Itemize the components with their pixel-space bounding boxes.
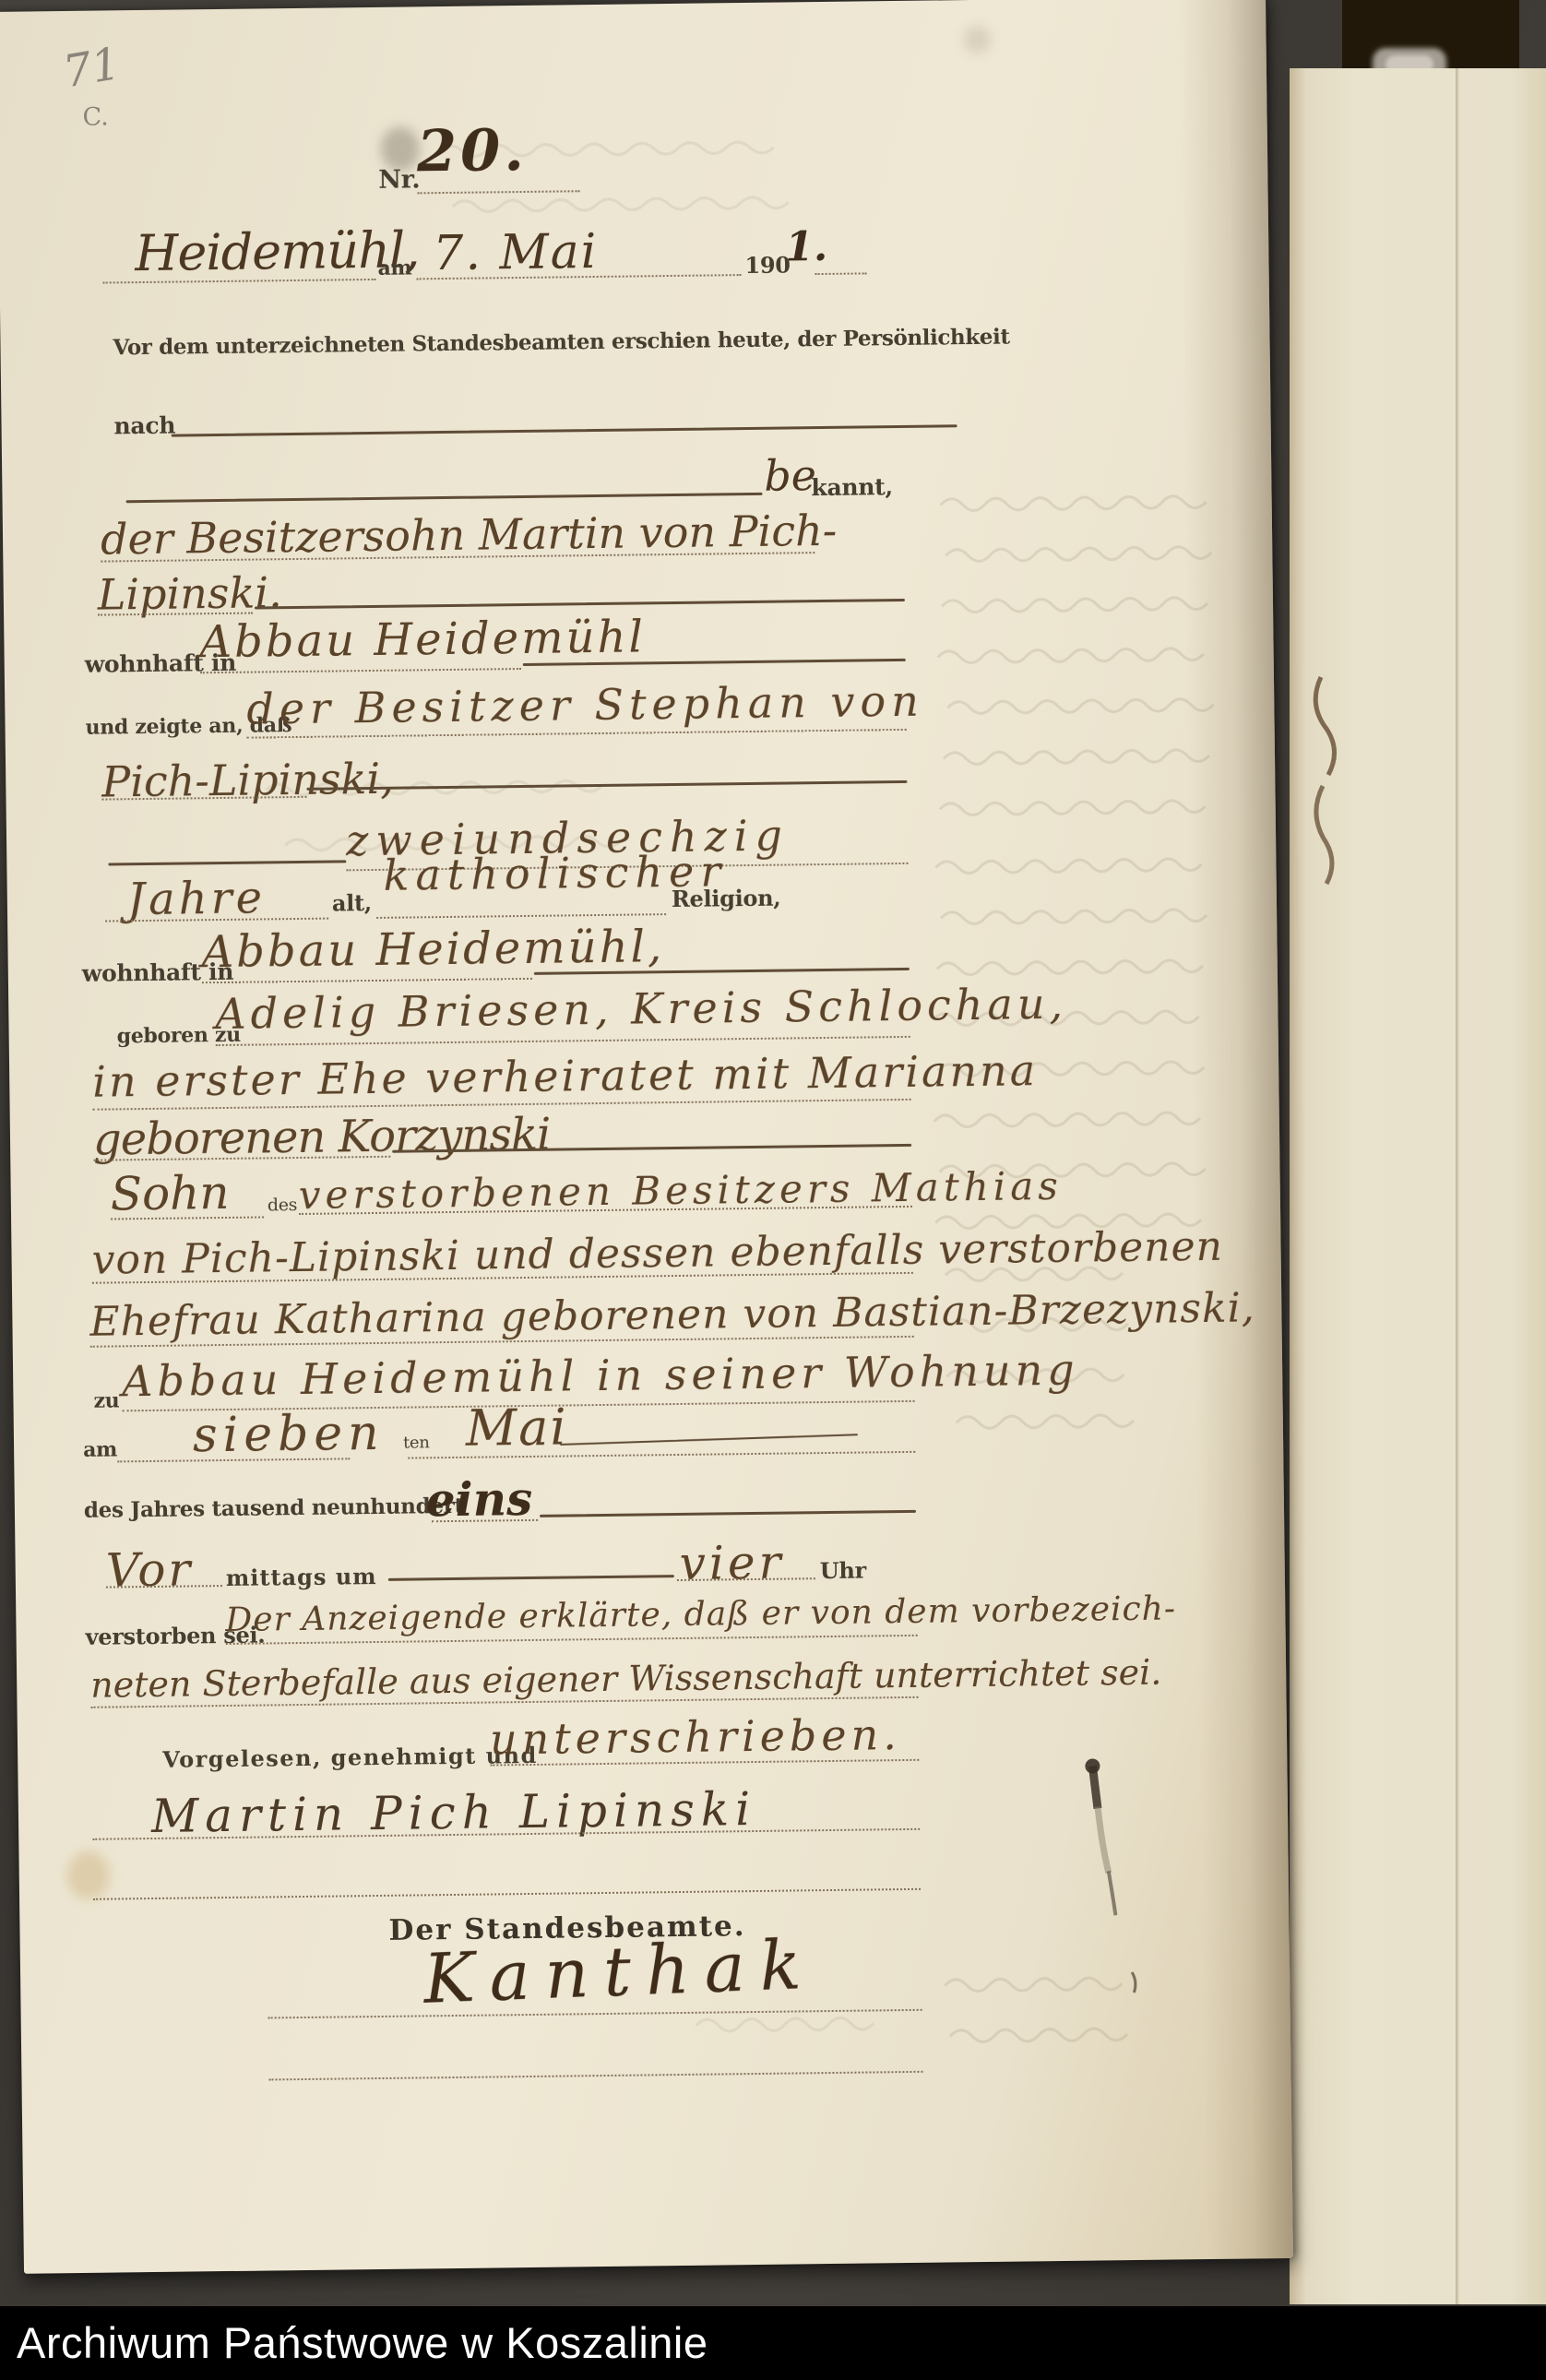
jahre-entry: Jahre [127, 872, 267, 925]
vormittags-entry: Vor [105, 1542, 193, 1597]
pencil-letter: C. [82, 102, 109, 131]
printed-vorgelesen-label: Vorgelesen, genehmigt und [162, 1742, 538, 1773]
archive-name: Archiwum Państwowe w Koszalinie [17, 2317, 708, 2368]
printed-alt-label: alt, [332, 889, 372, 917]
registrar-signature: Kanthak [422, 1925, 817, 2019]
printed-nach-label: nach [113, 412, 175, 440]
death-hour-entry: vier [679, 1536, 784, 1590]
printed-am2-label: am [83, 1437, 117, 1461]
printed-des-label: des [268, 1195, 298, 1215]
printed-kannt-label: kannt, [811, 473, 893, 501]
deceased-residence-entry: Abbau Heidemühl, [201, 921, 664, 978]
printed-religion-label: Religion, [672, 885, 781, 912]
record-number-label: Nr. [378, 165, 420, 195]
death-day-entry: sieben [193, 1406, 385, 1464]
printed-uhr-label: Uhr [820, 1557, 866, 1585]
unterschrieben-entry: unterschrieben. [490, 1709, 901, 1764]
next-page-edge [1290, 68, 1546, 2304]
scanned-death-record: 71 C. Nr. 20. Heidemühl, am 7. Mai 190 1… [0, 0, 1546, 2380]
registry-place-entry: Heidemühl, [135, 220, 420, 282]
declarant-entry-line2: Lipinski. [97, 567, 282, 619]
printed-year-prefix: 190 [744, 251, 791, 279]
handwritten-be: be [764, 450, 816, 501]
record-date-entry: 7. Mai [433, 224, 599, 281]
deceased-entry-line1: der Besitzer Stephan von [246, 676, 924, 734]
pencil-folio-number: 71 [60, 38, 125, 98]
declarant-residence-entry: Abbau Heidemühl [199, 611, 646, 668]
next-page-ink-marks [1290, 68, 1546, 2304]
document-page: 71 C. Nr. 20. Heidemühl, am 7. Mai 190 1… [0, 0, 1293, 2274]
printed-mittags-label: mittags um [226, 1563, 377, 1591]
year-digit-entry: 1. [785, 223, 828, 271]
sohn-entry: Sohn [110, 1166, 229, 1221]
printed-jahr-label: des Jahres tausend neunhundert [84, 1493, 464, 1523]
record-number-value: 20. [417, 116, 529, 184]
printed-am-label: am [377, 256, 411, 280]
birthplace-entry: Adelig Briesen, Kreis Schlochau, [215, 979, 1067, 1039]
archive-watermark-bar: Archiwum Państwowe w Koszalinie [0, 2306, 1546, 2380]
printed-ten-label: ten [403, 1433, 430, 1452]
printed-zu-label: zu [93, 1388, 119, 1412]
death-month-entry: Mai [465, 1398, 568, 1457]
